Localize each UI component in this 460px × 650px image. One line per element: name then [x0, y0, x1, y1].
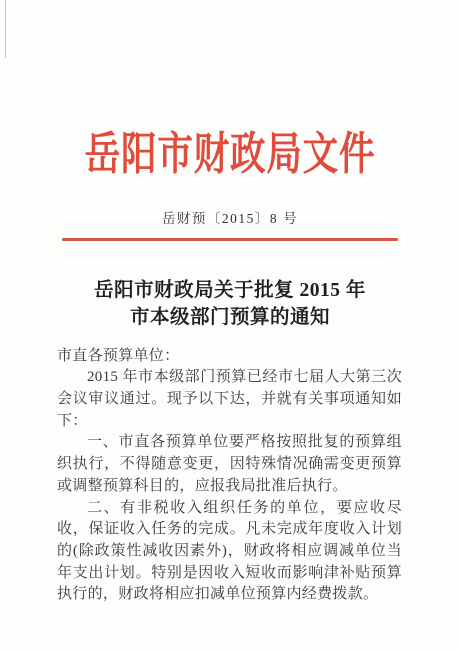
- scan-edge-artifact: [5, 0, 6, 58]
- document-page: 岳阳市财政局文件 岳财预〔2015〕8 号 岳阳市财政局关于批复 2015 年 …: [0, 0, 460, 650]
- red-divider-rule: [62, 238, 398, 241]
- document-title-line2: 市本级部门预算的通知: [0, 304, 460, 331]
- body-paragraph: 二、有非税收入组织任务的单位，要应收尽收，保证收入任务的完成。凡未完成年度收入计…: [57, 498, 402, 607]
- body-paragraph: 一、市直各预算单位要严格按照批复的预算组织执行，不得随意变更，因特殊情况确需变更…: [57, 432, 402, 497]
- document-body: 市直各预算单位： 2015 年市本级部门预算已经市七届人大第三次会议审议通过。现…: [57, 346, 402, 606]
- document-title-line1: 岳阳市财政局关于批复 2015 年: [0, 277, 460, 304]
- document-number: 岳财预〔2015〕8 号: [0, 207, 460, 227]
- document-title: 岳阳市财政局关于批复 2015 年 市本级部门预算的通知: [0, 277, 460, 331]
- body-paragraph: 2015 年市本级部门预算已经市七届人大第三次会议审议通过。现予以下达，并就有关…: [57, 367, 402, 432]
- agency-banner-title: 岳阳市财政局文件: [0, 128, 460, 181]
- agency-banner-title-text: 岳阳市财政局文件: [85, 128, 376, 181]
- salutation: 市直各预算单位：: [57, 346, 402, 368]
